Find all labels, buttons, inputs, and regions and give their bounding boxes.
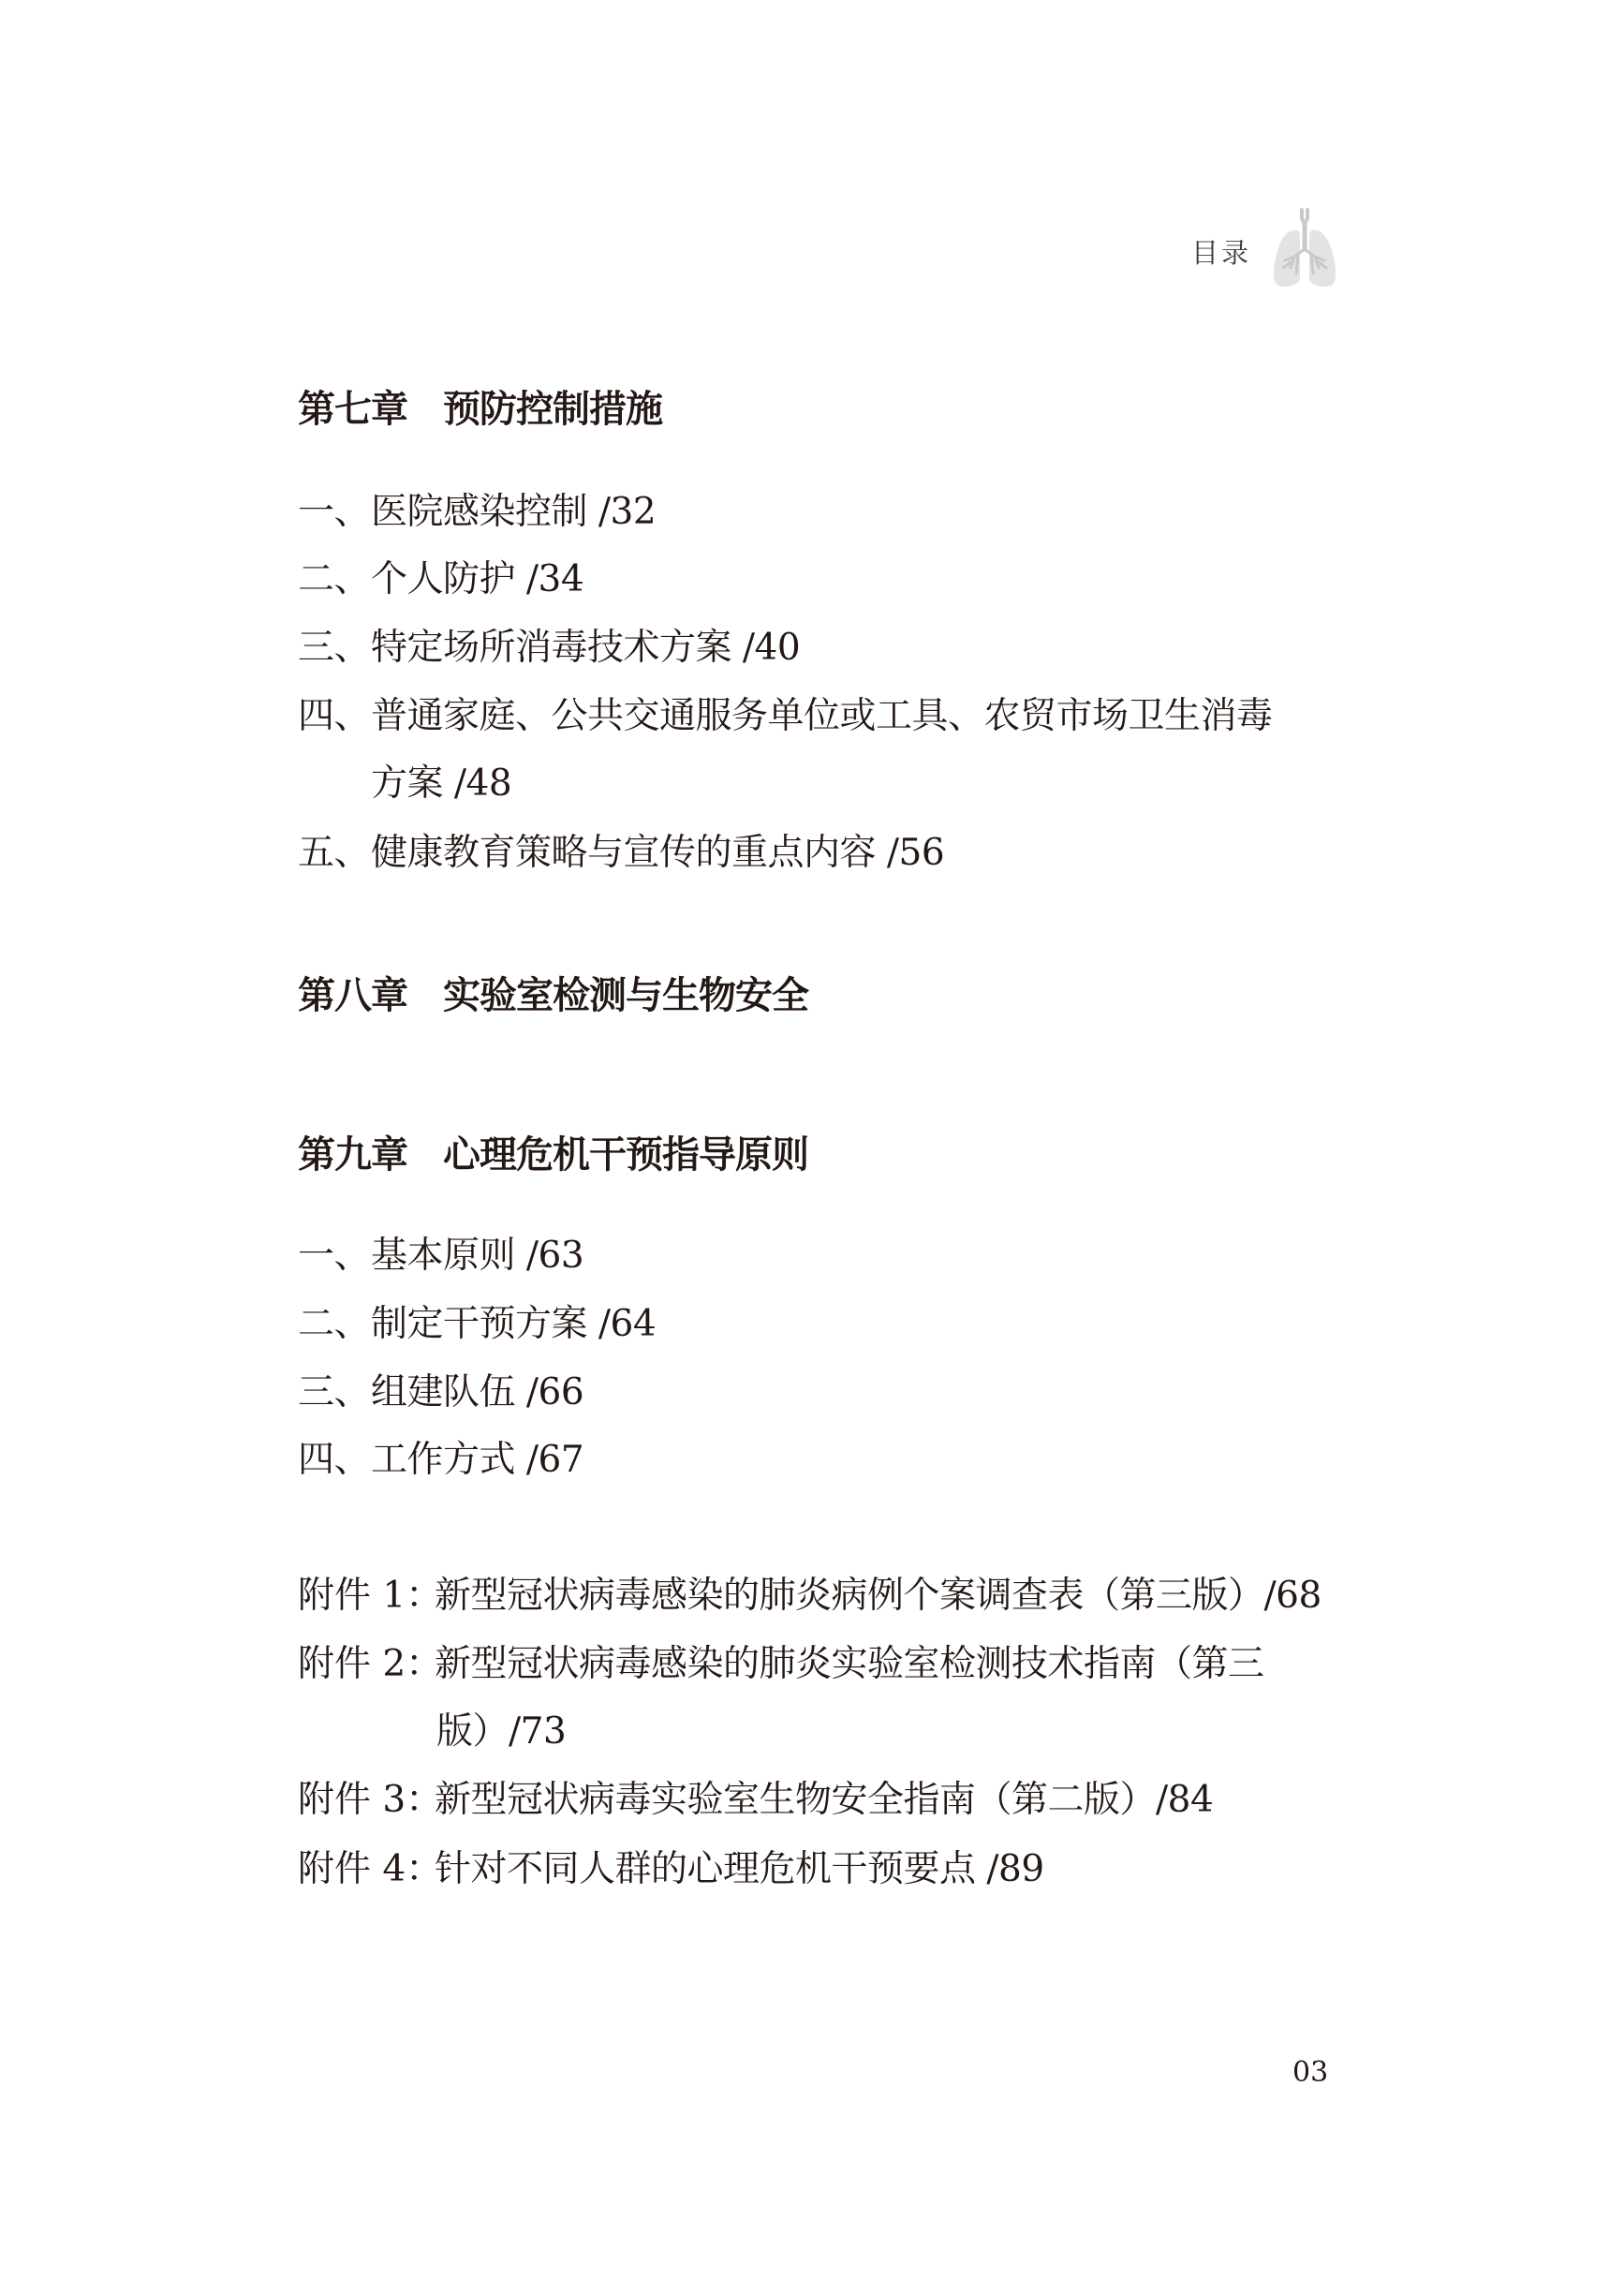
toc-entry[interactable]: 三、组建队伍 /66 bbox=[298, 1371, 583, 1414]
entry-label: 四、 bbox=[298, 695, 371, 738]
appendix-text: 新型冠状病毒感染的肺炎实验室检测技术指南（第三 bbox=[435, 1643, 1264, 1685]
appendix-label: 附件 4： bbox=[298, 1848, 435, 1891]
entry-text: 工作方式 /67 bbox=[371, 1439, 583, 1481]
entry-text: 个人防护 /34 bbox=[371, 558, 583, 600]
appendix-entry[interactable]: 附件 2：新型冠状病毒感染的肺炎实验室检测技术指南（第三 bbox=[298, 1643, 1264, 1686]
entry-text: 普通家庭、公共交通服务单位或工具、农贸市场卫生消毒 bbox=[371, 695, 1273, 737]
appendix-entry-continuation[interactable]: 版）/73 bbox=[436, 1710, 566, 1754]
entry-text: 制定干预方案 /64 bbox=[371, 1303, 656, 1345]
appendix-text: 版）/73 bbox=[436, 1710, 566, 1753]
entry-text: 特定场所消毒技术方案 /40 bbox=[371, 627, 800, 669]
entry-label: 五、 bbox=[298, 832, 371, 875]
appendix-label: 附件 3： bbox=[298, 1779, 435, 1822]
entry-text: 健康教育策略与宣传的重点内容 /56 bbox=[371, 832, 944, 874]
chapter-title: 实验室检测与生物安全 bbox=[443, 974, 808, 1017]
toc-entry[interactable]: 一、医院感染控制 /32 bbox=[298, 491, 656, 534]
appendix-entry[interactable]: 附件 3：新型冠状病毒实验室生物安全指南（第二版）/84 bbox=[298, 1779, 1213, 1822]
entry-label: 三、 bbox=[298, 627, 371, 670]
chapter-title: 心理危机干预指导原则 bbox=[443, 1133, 808, 1177]
entry-label: 一、 bbox=[298, 1235, 371, 1278]
entry-label: 四、 bbox=[298, 1439, 371, 1482]
toc-entry[interactable]: 四、工作方式 /67 bbox=[298, 1439, 583, 1482]
toc-entry[interactable]: 三、特定场所消毒技术方案 /40 bbox=[298, 627, 800, 670]
chapter-heading[interactable]: 第九章心理危机干预指导原则 bbox=[298, 1133, 808, 1177]
chapter-heading[interactable]: 第七章预防控制措施 bbox=[298, 388, 662, 431]
toc-entry[interactable]: 五、健康教育策略与宣传的重点内容 /56 bbox=[298, 832, 944, 875]
header-title: 目录 bbox=[1191, 234, 1251, 272]
chapter-heading[interactable]: 第八章实验室检测与生物安全 bbox=[298, 974, 808, 1017]
appendix-text: 新型冠状病毒实验室生物安全指南（第二版）/84 bbox=[435, 1779, 1213, 1821]
appendix-text: 针对不同人群的心理危机干预要点 /89 bbox=[435, 1848, 1044, 1890]
toc-entry[interactable]: 四、普通家庭、公共交通服务单位或工具、农贸市场卫生消毒 bbox=[298, 695, 1273, 738]
entry-label: 二、 bbox=[298, 1303, 371, 1346]
lungs-icon bbox=[1272, 208, 1337, 290]
page-header: 目录 bbox=[1182, 208, 1341, 292]
appendix-label: 附件 1： bbox=[298, 1575, 435, 1618]
entry-text: 方案 /48 bbox=[371, 762, 511, 805]
entry-label: 一、 bbox=[298, 491, 371, 534]
entry-text: 医院感染控制 /32 bbox=[371, 491, 656, 533]
chapter-title: 预防控制措施 bbox=[443, 388, 662, 431]
entry-label: 二、 bbox=[298, 558, 371, 601]
appendix-label: 附件 2： bbox=[298, 1643, 435, 1686]
toc-entry[interactable]: 二、制定干预方案 /64 bbox=[298, 1303, 656, 1346]
toc-entry[interactable]: 一、基本原则 /63 bbox=[298, 1235, 583, 1278]
toc-entry[interactable]: 二、个人防护 /34 bbox=[298, 558, 583, 601]
entry-label: 三、 bbox=[298, 1371, 371, 1414]
chapter-number: 第九章 bbox=[298, 1133, 443, 1177]
entry-text: 基本原则 /63 bbox=[371, 1235, 583, 1277]
toc-entry-continuation[interactable]: 方案 /48 bbox=[371, 762, 511, 806]
appendix-entry[interactable]: 附件 1：新型冠状病毒感染的肺炎病例个案调查表（第三版）/68 bbox=[298, 1575, 1321, 1618]
entry-text: 组建队伍 /66 bbox=[371, 1371, 583, 1413]
chapter-number: 第七章 bbox=[298, 388, 443, 431]
chapter-number: 第八章 bbox=[298, 974, 443, 1017]
appendix-text: 新型冠状病毒感染的肺炎病例个案调查表（第三版）/68 bbox=[435, 1575, 1321, 1617]
appendix-entry[interactable]: 附件 4：针对不同人群的心理危机干预要点 /89 bbox=[298, 1848, 1044, 1891]
page-number: 03 bbox=[1292, 2057, 1328, 2089]
